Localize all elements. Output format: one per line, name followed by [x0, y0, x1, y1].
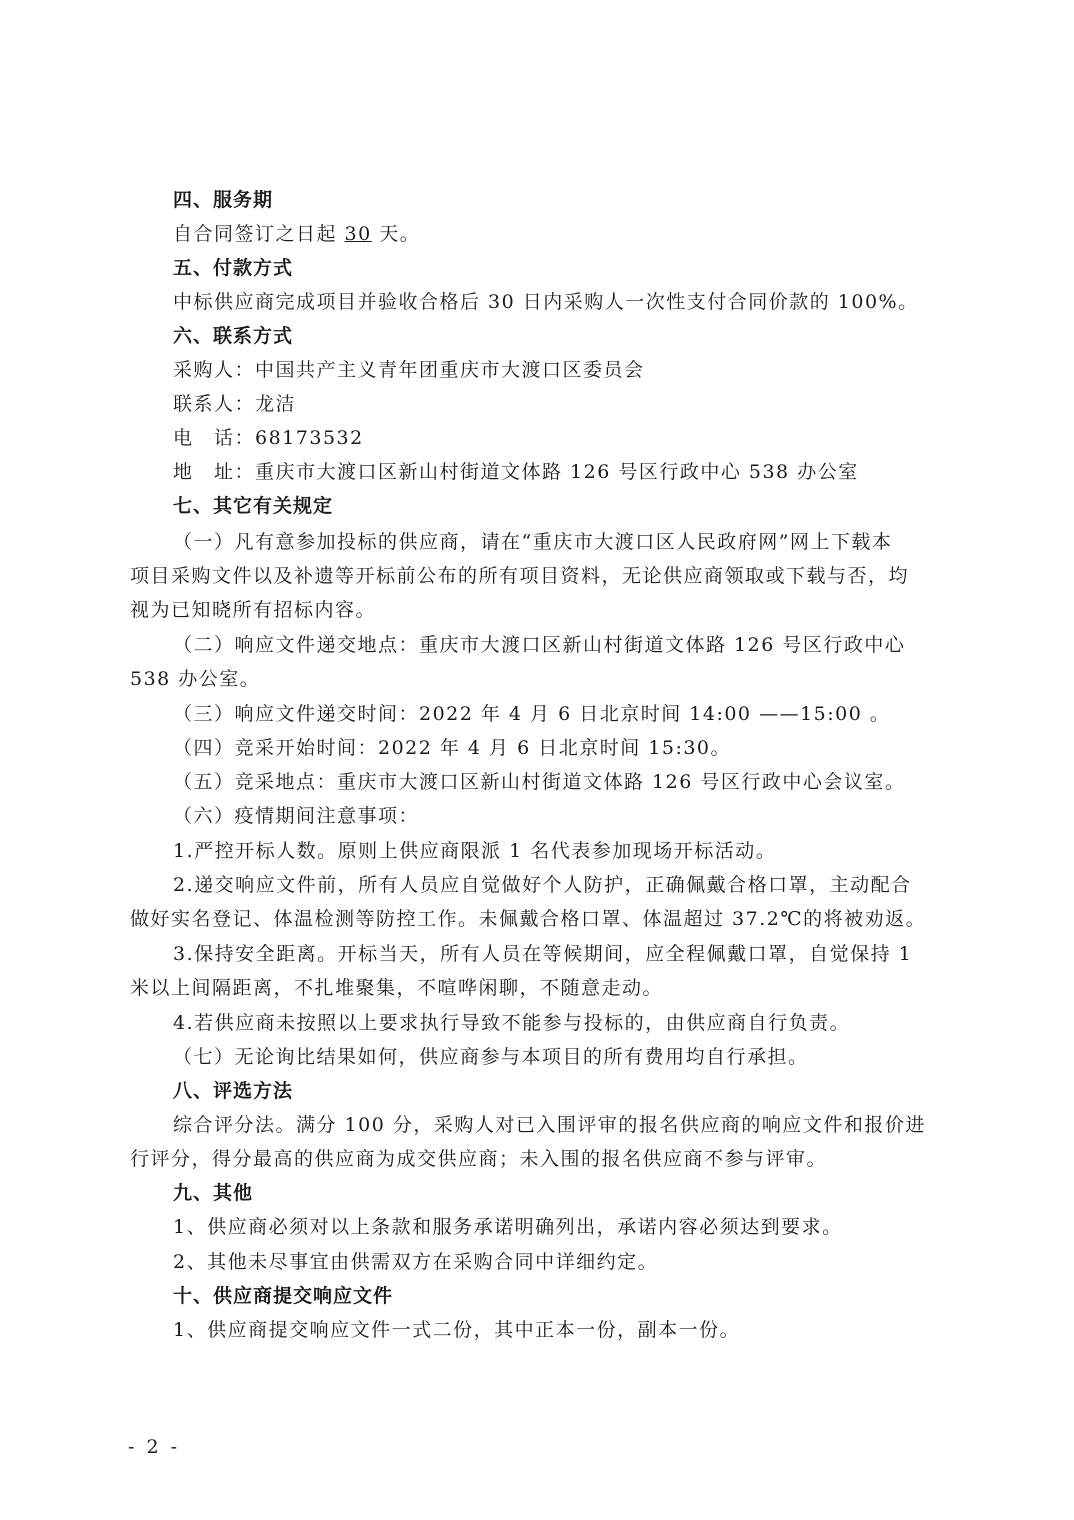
rule-6: （六）疫情期间注意事项：: [173, 799, 419, 833]
section-heading-service-period: 四、服务期: [173, 183, 273, 217]
rule-6-item-2-line-2: 做好实名登记、体温检测等防控工作。未佩戴合格口罩、体温超过 37.2℃的将被劝返…: [130, 902, 926, 936]
rule-5: （五）竞采地点：重庆市大渡口区新山村街道文体路 126 号区行政中心会议室。: [173, 765, 905, 799]
section-heading-other-rules: 七、其它有关规定: [173, 489, 333, 523]
address: 地 址：重庆市大渡口区新山村街道文体路 126 号区行政中心 538 办公室: [173, 455, 859, 489]
section-heading-contact: 六、联系方式: [173, 319, 293, 353]
rule-6-item-3-line-1: 3.保持安全距离。开标当天，所有人员在等候期间，应全程佩戴口罩，自觉保持 1: [173, 937, 912, 971]
section-heading-other: 九、其他: [173, 1176, 253, 1210]
rule-7: （七）无论询比结果如何，供应商参与本项目的所有费用均自行承担。: [173, 1040, 809, 1074]
rule-6-item-3-line-2: 米以上间隔距离，不扎堆聚集，不喧哗闲聊，不随意走动。: [130, 971, 663, 1005]
contact-person: 联系人：龙洁: [173, 387, 296, 421]
page-number: - 2 -: [128, 1436, 180, 1458]
other-item-2: 2、其他未尽事宜由供需双方在采购合同中详细约定。: [173, 1245, 658, 1279]
rule-2-line-2: 538 办公室。: [130, 662, 260, 696]
rule-2-line-1: （二）响应文件递交地点：重庆市大渡口区新山村街道文体路 126 号区行政中心: [173, 628, 905, 662]
evaluation-line-2: 行评分，得分最高的供应商为成交供应商；未入围的报名供应商不参与评审。: [130, 1142, 827, 1176]
rule-1-line-2: 项目采购文件以及补遗等开标前公布的所有项目资料，无论供应商领取或下载与否，均: [130, 559, 909, 593]
section-heading-payment: 五、付款方式: [173, 251, 293, 285]
section-heading-submission: 十、供应商提交响应文件: [173, 1279, 393, 1313]
rule-4: （四）竞采开始时间：2022 年 4 月 6 日北京时间 15:30。: [173, 731, 731, 765]
document-page: 四、服务期 自合同签订之日起 30 天。 五、付款方式 中标供应商完成项目并验收…: [0, 0, 1074, 1520]
service-period-suffix: 天。: [372, 223, 421, 245]
rule-6-item-1: 1.严控开标人数。原则上供应商限派 1 名代表参加现场开标活动。: [173, 834, 776, 868]
phone: 电 话：68173532: [173, 421, 364, 455]
payment-text: 中标供应商完成项目并验收合格后 30 日内采购人一次性支付合同价款的 100%。: [173, 285, 919, 319]
rule-3: （三）响应文件递交时间：2022 年 4 月 6 日北京时间 14:00 ——1…: [173, 697, 890, 731]
service-period-days: 30: [345, 223, 372, 245]
evaluation-line-1: 综合评分法。满分 100 分，采购人对已入围评审的报名供应商的响应文件和报价进: [173, 1108, 926, 1142]
service-period-prefix: 自合同签订之日起: [173, 223, 345, 245]
submission-item-1: 1、供应商提交响应文件一式二份，其中正本一份，副本一份。: [173, 1313, 740, 1347]
rule-6-item-2-line-1: 2.递交响应文件前，所有人员应自觉做好个人防护，正确佩戴合格口罩，主动配合: [173, 868, 912, 902]
rule-1-line-1: （一）凡有意参加投标的供应商，请在“重庆市大渡口区人民政府网”网上下载本: [173, 525, 892, 559]
other-item-1: 1、供应商必须对以上条款和服务承诺明确列出，承诺内容必须达到要求。: [173, 1210, 843, 1244]
rule-6-item-4: 4.若供应商未按照以上要求执行导致不能参与投标的，由供应商自行负责。: [173, 1006, 850, 1040]
section-heading-evaluation: 八、评选方法: [173, 1074, 293, 1108]
service-period-text: 自合同签订之日起 30 天。: [173, 217, 420, 251]
rule-1-line-3: 视为已知晓所有招标内容。: [130, 593, 376, 627]
purchaser: 采购人：中国共产主义青年团重庆市大渡口区委员会: [173, 353, 645, 387]
